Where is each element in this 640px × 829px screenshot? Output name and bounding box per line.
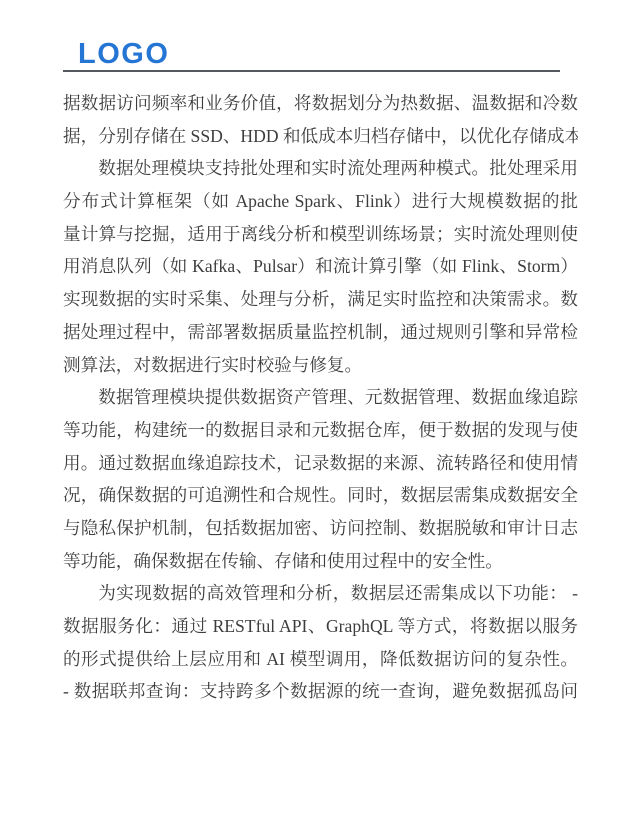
- text-line: 为实现数据的高效管理和分析，数据层还需集成以下功能： -: [63, 577, 578, 610]
- text-line: 等功能，确保数据在传输、存储和使用过程中的安全性。: [63, 545, 578, 578]
- text-line: 用消息队列（如 Kafka、Pulsar）和流计算引擎（如 Flink、Stor…: [63, 250, 578, 283]
- text-line: 数据处理模块支持批处理和实时流处理两种模式。批处理采用: [63, 152, 578, 185]
- text-line: 数据服务化：通过 RESTful API、GraphQL 等方式，将数据以服务: [63, 610, 578, 643]
- text-line: 与隐私保护机制，包括数据加密、访问控制、数据脱敏和审计日志: [63, 512, 578, 545]
- document-body: 据数据访问频率和业务价值，将数据划分为热数据、温数据和冷数据，分别存储在 SSD…: [63, 87, 578, 708]
- text-line: 数据管理模块提供数据资产管理、元数据管理、数据血缘追踪: [63, 381, 578, 414]
- text-line: 测算法，对数据进行实时校验与修复。: [63, 349, 578, 382]
- text-line: 据，分别存储在 SSD、HDD 和低成本归档存储中，以优化存储成本。: [63, 120, 578, 153]
- text-line: 据处理过程中，需部署数据质量监控机制，通过规则引擎和异常检: [63, 316, 578, 349]
- paragraph: 为实现数据的高效管理和分析，数据层还需集成以下功能： -数据服务化：通过 RES…: [63, 577, 578, 708]
- text-line: 用。通过数据血缘追踪技术，记录数据的来源、流转路径和使用情: [63, 447, 578, 480]
- paragraph: 据数据访问频率和业务价值，将数据划分为热数据、温数据和冷数据，分别存储在 SSD…: [63, 87, 578, 152]
- text-line: 等功能，构建统一的数据目录和元数据仓库，便于数据的发现与使: [63, 414, 578, 447]
- header-divider: [63, 70, 560, 72]
- text-line: 据数据访问频率和业务价值，将数据划分为热数据、温数据和冷数: [63, 87, 578, 120]
- text-line: 量计算与挖掘，适用于离线分析和模型训练场景；实时流处理则使: [63, 218, 578, 251]
- text-line: 实现数据的实时采集、处理与分析，满足实时监控和决策需求。数: [63, 283, 578, 316]
- document-page: LOGO 据数据访问频率和业务价值，将数据划分为热数据、温数据和冷数据，分别存储…: [0, 0, 640, 829]
- logo: LOGO: [78, 40, 169, 69]
- text-line: - 数据联邦查询：支持跨多个数据源的统一查询，避免数据孤岛问: [63, 675, 578, 708]
- paragraph: 数据处理模块支持批处理和实时流处理两种模式。批处理采用分布式计算框架（如 Apa…: [63, 152, 578, 381]
- text-line: 分布式计算框架（如 Apache Spark、Flink）进行大规模数据的批: [63, 185, 578, 218]
- text-line: 况，确保数据的可追溯性和合规性。同时，数据层需集成数据安全: [63, 479, 578, 512]
- paragraph: 数据管理模块提供数据资产管理、元数据管理、数据血缘追踪等功能，构建统一的数据目录…: [63, 381, 578, 577]
- text-line: 的形式提供给上层应用和 AI 模型调用，降低数据访问的复杂性。: [63, 643, 578, 676]
